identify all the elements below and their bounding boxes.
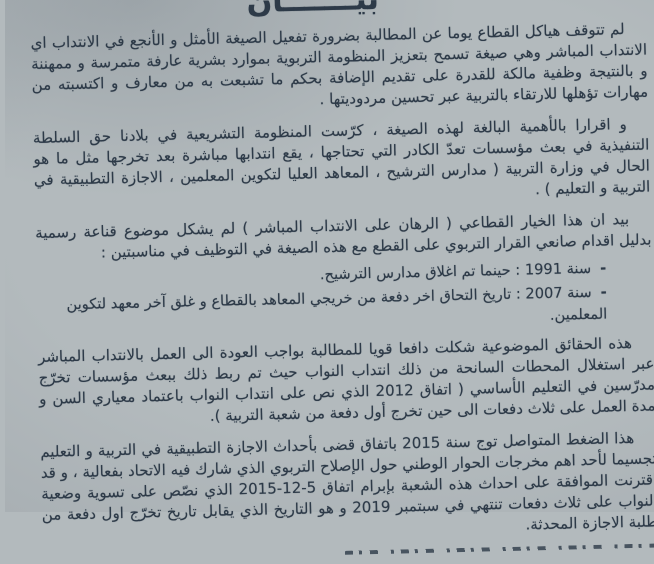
list-item-1991-text: سنة 1991 : حينما تم اغلاق مدارس الترشيح. [315,260,587,283]
scanned-page-background: بيـــــــان لم تتوقف هياكل القطاع يوما ع… [0,0,654,512]
statement-title: بيـــــــان [0,0,616,24]
statement-paragraph-4: هذه الحقائق الموضوعية شكلت دافعا قويا لل… [33,332,651,430]
statement-paragraph-2: و اقرارا بالأهمية البالغة لهذه الصيغة ، … [28,114,646,212]
statement-paragraph-1: لم تتوقف هياكل القطاع يوما عن المطالبة ب… [25,19,643,117]
statement-paragraph-5: هذا الضغط المتواصل توج سنة 2015 باتفاق ق… [35,427,653,512]
statement-document: بيـــــــان لم تتوقف هياكل القطاع يوما ع… [0,0,654,512]
dash-bullet: - [595,258,602,280]
dash-bullet: - [595,282,602,304]
key-dates-list: -سنة 1991 : حينما تم اغلاق مدارس الترشيح… [31,256,648,338]
statement-paragraph-3: بيد ان هذا الخيار القطاعي ( الرهان على ا… [30,208,647,265]
